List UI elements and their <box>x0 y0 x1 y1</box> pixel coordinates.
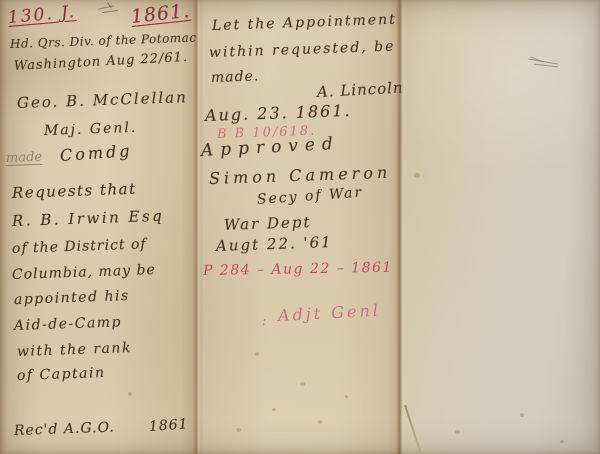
pencil-word-made: made <box>6 150 43 166</box>
fold-crease-right <box>396 0 405 454</box>
foxing-spot <box>318 420 322 424</box>
line-maj-genl: Maj. Genl. <box>44 120 138 139</box>
red-docket-line: P 284 – Aug 22 – 1861 <box>203 260 393 279</box>
pencil-scribble-icon <box>98 4 120 16</box>
received-year: 1861 <box>148 416 189 435</box>
foxing-spot <box>345 395 348 398</box>
right-page-panel <box>400 0 600 454</box>
pencil-scribble-icon <box>528 57 562 71</box>
foxing-spot <box>520 413 524 417</box>
foxing-spot <box>560 440 564 443</box>
foxing-spot <box>455 430 460 434</box>
lincoln-endorsement-line3: made. <box>211 68 260 86</box>
foxing-spot <box>300 382 305 386</box>
document-scan: 130. J. 1861. Hd. Qrs. Div. of the Potom… <box>0 0 600 454</box>
foxing-spot <box>128 392 132 396</box>
adjt-genl-punct: : <box>262 314 266 329</box>
line-of-captain: of Captain <box>17 365 106 384</box>
foxing-spot <box>272 408 276 411</box>
war-dept: War Dept <box>224 213 312 234</box>
foxing-spot <box>236 428 241 432</box>
foxing-spot <box>255 352 259 356</box>
foxing-spot <box>414 173 420 178</box>
fold-crease-left <box>193 0 201 454</box>
